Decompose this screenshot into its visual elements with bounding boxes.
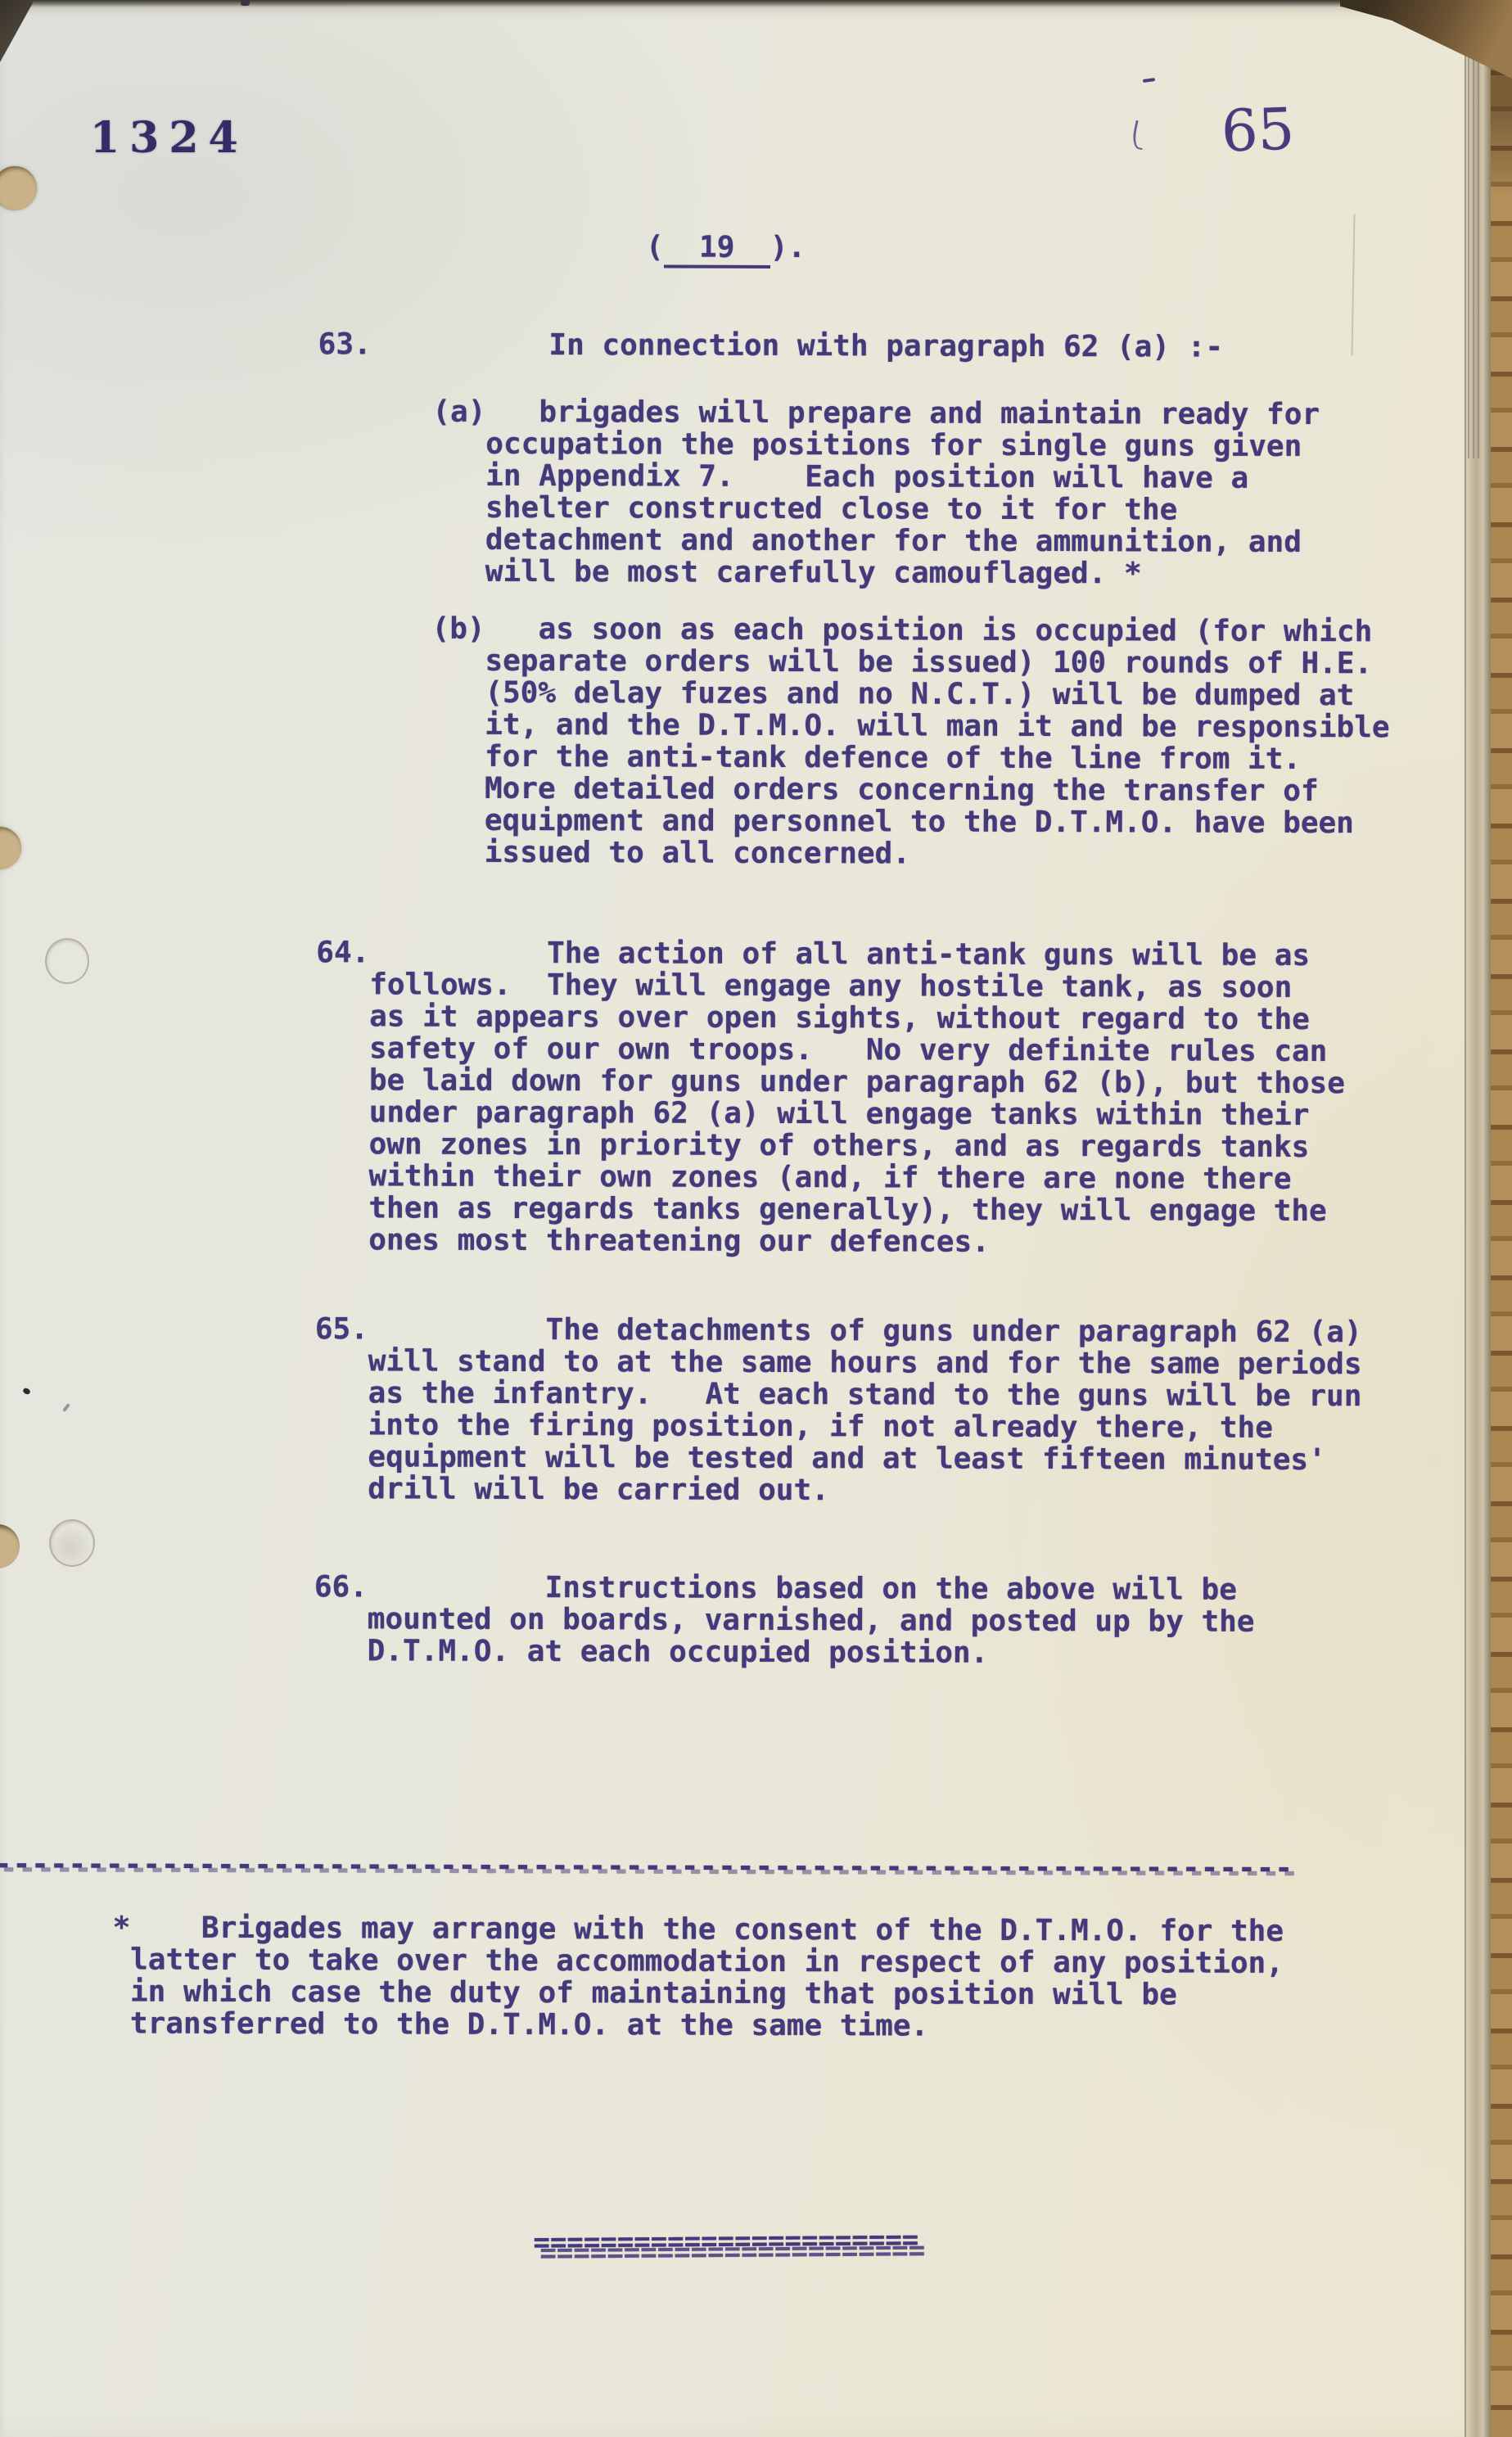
- typed-content: ( 19 ). 63. In connection with paragraph…: [0, 0, 1512, 2437]
- page-number-close: ).: [770, 231, 806, 264]
- paragraph-65: 65. The detachments of guns under paragr…: [314, 1313, 1361, 1508]
- page-number: ( 19 ).: [646, 231, 806, 264]
- document-page: 1324 65 ( 19 ). 63. In connection with p…: [0, 0, 1512, 2437]
- page-number-value: 19: [664, 231, 770, 269]
- paragraph-63: 63. In connection with paragraph 62 (a) …: [318, 328, 1223, 363]
- paragraph-64: 64. The action of all anti-tank guns wil…: [315, 936, 1345, 1259]
- paragraph-63b: (b) as soon as each position is occupied…: [431, 613, 1390, 872]
- paragraph-63a: (a) brigades will prepare and maintain r…: [432, 396, 1320, 590]
- paragraph-66: 66. Instructions based on the above will…: [314, 1571, 1255, 1670]
- footnote: * Brigades may arrange with the consent …: [112, 1911, 1284, 2042]
- end-mark-row2: =======================: [539, 2235, 925, 2269]
- page-number-open: (: [646, 230, 664, 264]
- separator-line-ghost: ----------------------------------------…: [0, 1853, 1299, 1889]
